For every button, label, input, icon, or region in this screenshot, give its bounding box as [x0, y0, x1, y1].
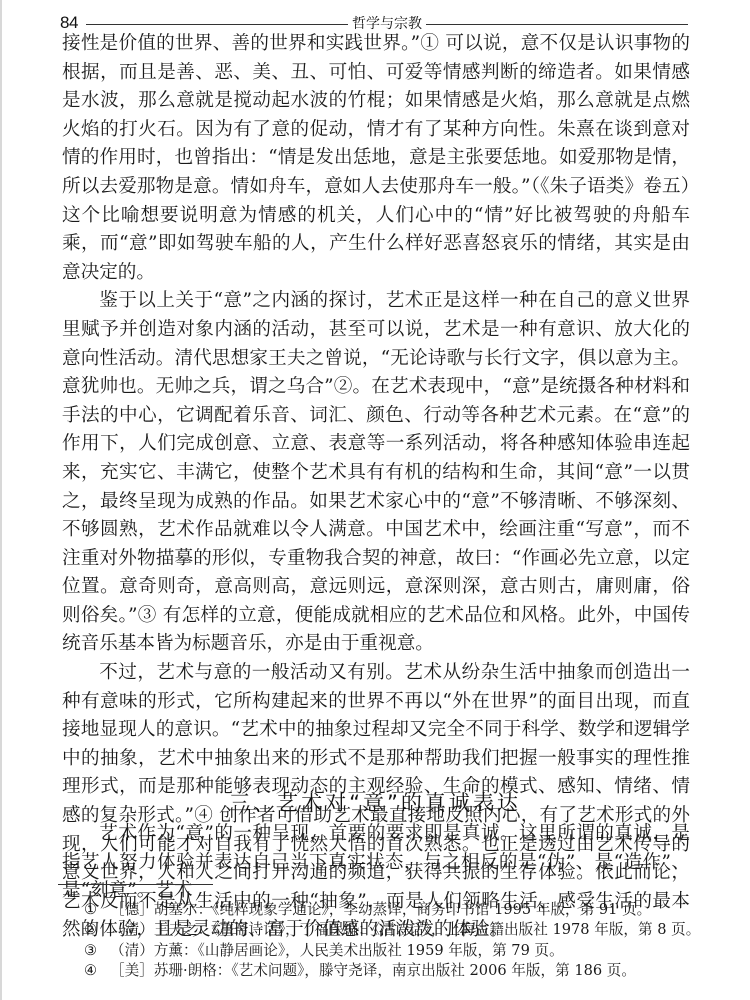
paragraph-1: 接性是价值的世界、善的世界和实践世界。”① 可以说，意不仅是认识事物的根据，而且…	[62, 30, 690, 287]
footnote-mark: ③	[84, 941, 110, 961]
footnote-2: ② （清）王夫之：《薑斋诗话》，丁福保编：《清诗话》，上海古籍出版社 1978 …	[84, 920, 704, 940]
header-rule-left	[86, 24, 348, 25]
footnote-3: ③ （清）方薰：《山静居画论》，人民美术出版社 1959 年版，第 79 页。	[84, 941, 704, 961]
footnote-text: （清）方薰：《山静居画论》，人民美术出版社 1959 年版，第 79 页。	[110, 941, 704, 961]
footnotes: ① ［德］胡塞尔：《纯粹现象学通论》，李幼蒸译，商务印书馆 1995 年版，第 …	[84, 900, 704, 982]
section-body: 艺术作为“意”的一种呈现，首要的要求即是真诚。这里所谓的真诚，是指艺人努力体验并…	[62, 820, 690, 906]
footnote-1: ① ［德］胡塞尔：《纯粹现象学通论》，李幼蒸译，商务印书馆 1995 年版，第 …	[84, 900, 704, 920]
footnote-text: ［德］胡塞尔：《纯粹现象学通论》，李幼蒸译，商务印书馆 1995 年版，第 91…	[110, 900, 704, 920]
header-rule-right	[426, 24, 688, 25]
footnote-mark: ④	[84, 961, 110, 981]
footnote-mark: ①	[84, 900, 110, 920]
section-heading: 三、艺术对“意”的真诚表达	[0, 787, 750, 817]
page-edge	[0, 0, 2, 1000]
paragraph-2: 鉴于以上关于“意”之内涵的探讨，艺术正是这样一种在自己的意义世界里赋予并创造对象…	[62, 287, 690, 659]
footnote-4: ④ ［美］苏珊·朗格：《艺术问题》，滕守尧译，南京出版社 2006 年版，第 1…	[84, 961, 704, 981]
footnote-text: （清）王夫之：《薑斋诗话》，丁福保编：《清诗话》，上海古籍出版社 1978 年版…	[110, 920, 704, 940]
section-paragraph-1: 艺术作为“意”的一种呈现，首要的要求即是真诚。这里所谓的真诚，是指艺人努力体验并…	[62, 820, 690, 906]
footnote-rule	[58, 884, 213, 885]
footnote-text: ［美］苏珊·朗格：《艺术问题》，滕守尧译，南京出版社 2006 年版，第 186…	[110, 961, 704, 981]
footnote-mark: ②	[84, 920, 110, 940]
